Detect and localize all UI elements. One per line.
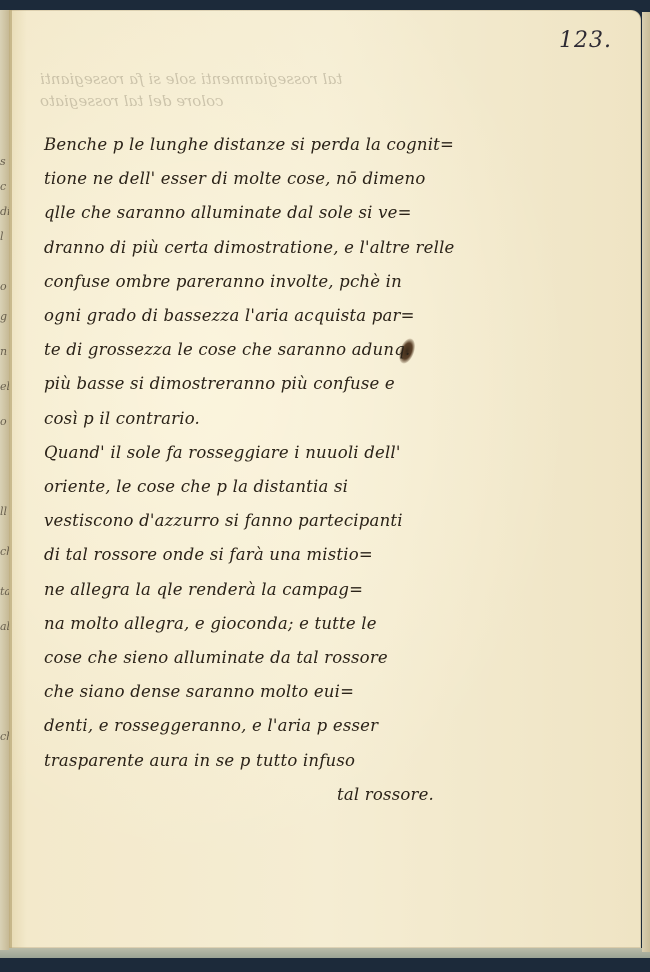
text-line: di tal rossore onde si farà una mistio= bbox=[44, 538, 444, 572]
text-line-catchword: tal rossore. bbox=[44, 778, 444, 812]
facing-page-margin: s c di l o g n ell o ll ch ta alli ch bbox=[0, 10, 9, 950]
facing-fragment: alli bbox=[0, 620, 9, 633]
facing-fragment: di bbox=[0, 205, 9, 218]
facing-fragment: n bbox=[0, 345, 7, 358]
text-line: dranno di più certa dimostratione, e l'a… bbox=[44, 231, 444, 265]
text-line: te di grossezza le cose che saranno adun… bbox=[44, 333, 444, 367]
folio-number: 123. bbox=[559, 28, 612, 53]
text-line: Benche p le lunghe distanze si perda la … bbox=[44, 128, 444, 162]
facing-fragment: o bbox=[0, 280, 7, 293]
page-gutter bbox=[9, 10, 12, 948]
text-line: vestiscono d'azzurro si fanno partecipan… bbox=[44, 504, 444, 538]
text-line: ogni grado di bassezza l'aria acquista p… bbox=[44, 299, 444, 333]
book-edge-bottom bbox=[0, 948, 650, 958]
text-line: così p il contrario. bbox=[44, 402, 444, 436]
facing-fragment: ta bbox=[0, 585, 9, 598]
manuscript-text: Benche p le lunghe distanze si perda la … bbox=[44, 128, 444, 812]
facing-fragment: ch bbox=[0, 545, 9, 558]
paragraph-2: Quand' il sole fa rosseggiare i nuuoli d… bbox=[44, 436, 444, 812]
facing-fragment: o bbox=[0, 415, 7, 428]
facing-fragment: s bbox=[0, 155, 6, 168]
text-line: ne allegra la qle renderà la campag= bbox=[44, 573, 444, 607]
text-line: confuse ombre pareranno involte, pchè in bbox=[44, 265, 444, 299]
paragraph-1: Benche p le lunghe distanze si perda la … bbox=[44, 128, 444, 436]
bleed-line: colore del tal rossegiato bbox=[40, 90, 360, 112]
facing-fragment: g bbox=[0, 310, 7, 323]
text-line: Quand' il sole fa rosseggiare i nuuoli d… bbox=[44, 436, 444, 470]
facing-fragment: ch bbox=[0, 730, 9, 743]
text-line: che siano dense saranno molto eui= bbox=[44, 675, 444, 709]
text-line: cose che sieno alluminate da tal rossore bbox=[44, 641, 444, 675]
facing-fragment: ell bbox=[0, 380, 9, 393]
facing-fragment: l bbox=[0, 230, 4, 243]
text-line: qlle che saranno alluminate dal sole si … bbox=[44, 196, 444, 230]
bleed-through-text: tal rossegianmenti sole si fa rossegiant… bbox=[40, 68, 360, 112]
text-line: oriente, le cose che p la distantia si bbox=[44, 470, 444, 504]
text-line: na molto allegra, e gioconda; e tutte le bbox=[44, 607, 444, 641]
text-line: trasparente aura in se p tutto infuso bbox=[44, 744, 444, 778]
text-line: tione ne dell' esser di molte cose, nō d… bbox=[44, 162, 444, 196]
text-line: denti, e rosseggeranno, e l'aria p esser bbox=[44, 709, 444, 743]
bleed-line: tal rossegianmenti sole si fa rossegiant… bbox=[40, 68, 360, 90]
book-edge-right bbox=[642, 12, 650, 952]
facing-fragment: c bbox=[0, 180, 6, 193]
text-line: più basse si dimostreranno più confuse e bbox=[44, 367, 444, 401]
facing-fragment: ll bbox=[0, 505, 7, 518]
